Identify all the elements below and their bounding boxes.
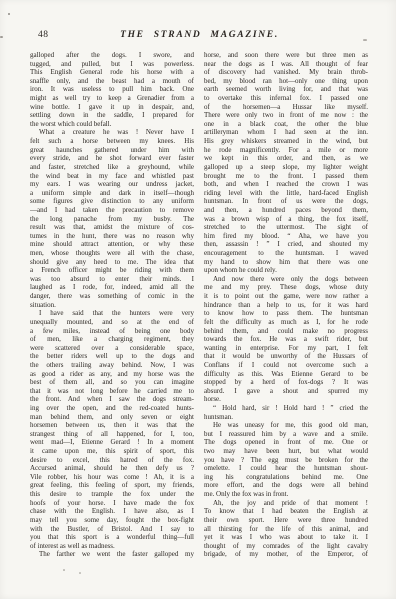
text-line: that it was not long before he carried m… [30,387,194,396]
magazine-title: THE STRAND MAGAZINE. [30,30,369,40]
paragraph: I have said that the hunters were veryun… [30,309,194,550]
paragraph: galloped after the dogs. I swore, andtug… [30,51,194,128]
right-column: horse, and soon there were but three men… [204,51,368,559]
text-line: felt such a horse between my knees. His [30,137,194,146]
text-line: upon whom he could rely. [204,266,368,275]
text-line: tugged, and pulled, but I was powerless. [30,60,194,69]
text-line: and then, a hundred paces beyond them, [204,206,368,215]
text-line: horsemen between us, then it was that th… [30,421,194,430]
text-line: but I reassured him by a wave and a smil… [204,430,368,439]
text-line: result was that, amidst the mixture of c… [30,223,194,232]
text-line: went mad—I, Etienne Gerard ! In a moment [30,438,194,447]
text-line: —and I had taken the precaution to remov… [30,206,194,215]
text-line: His grey whiskers streamed in the wind, … [204,137,368,146]
text-line: unequally mounted, and so at the end of [30,318,194,327]
text-line: difficulty as this. Was Etienne Gerard t… [204,370,368,379]
text-line: me. Only the fox was in front. [204,490,368,499]
text-line: all thirsting for the life of this anima… [204,525,368,534]
paragraph: And now there were only the dogs between… [204,275,368,404]
paragraph: What a creature he was ! Never have Ifel… [30,128,194,309]
text-line: man behind them, and only seven or eight [30,413,194,422]
text-line: two may have been hurt, but what would [204,447,368,456]
text-line: The dogs opened in front of me. One or [204,438,368,447]
text-line: horse. [204,395,368,404]
text-line: behind them, and could make no progress [204,327,368,336]
text-line: laughed as I rode, for, indeed, amid all… [30,283,194,292]
text-line: both, and when I reached the crown I was [204,180,368,189]
text-line: my ears. I was wearing our undress jacke… [30,180,194,189]
text-line: absurd. I gave a shout and spurred my [204,387,368,396]
text-line: may tell you some day, fought the box-fi… [30,516,194,525]
text-line: hoofs of your horse. I have made the fox [30,499,194,508]
text-line: riding level with the little, hard-faced… [204,189,368,198]
text-line: then, assassin ! ” I cried, and shouted … [204,240,368,249]
text-columns: galloped after the dogs. I swore, andtug… [30,51,368,559]
text-line: Ah, the joy and pride of that moment ! [204,499,368,508]
text-line: might as well try to keep a Grenadier fr… [30,94,194,103]
text-line: Conflans if I could not overcome such a [204,361,368,370]
text-line: strangest thing of all happened, for I, … [30,430,194,439]
text-line: huntsman. [204,413,368,422]
text-line: mine should attract attention, or why th… [30,240,194,249]
text-line: danger, there was something of comic in … [30,292,194,301]
text-line: To know that I had beaten the English at [204,507,368,516]
text-line: wine bottle. I gave it up in despair, an… [30,103,194,112]
text-line: bed, my blood ran hot—only one thing upo… [204,77,368,86]
text-line: more effort, and the dogs were all behin… [204,481,368,490]
text-line: was too absurd to enter their minds. I [30,275,194,284]
text-line: the worst which could befall. [30,120,194,129]
text-line: a uniform simple and dark in itself—thou… [30,189,194,198]
text-line: thought of my comrades of the light cava… [204,542,368,551]
magazine-page: 48 THE STRAND MAGAZINE. galloped after t… [0,0,396,599]
text-line: encouragement to the huntsman. I waved [204,249,368,258]
text-line: great feeling, this feeling of sport, my… [30,481,194,490]
text-line: What a creature he was ! Never have I [30,128,194,137]
text-line: should give any heed to me. The idea tha… [30,258,194,267]
text-line: and faster, stretched like a greyhound, … [30,163,194,172]
text-line: desire to excel, this hatred of the fox. [30,456,194,465]
text-line: omelette. I could hear the huntsman shou… [204,464,368,473]
scan-speck [8,13,10,15]
text-line: to know how to pass them. The huntsman [204,309,368,318]
text-line: some figures give distinction to any uni… [30,197,194,206]
text-line: the wind beat in my face and whistled pa… [30,172,194,181]
page-header: 48 THE STRAND MAGAZINE. [30,30,369,43]
paragraph: horse, and soon there were but three men… [204,51,368,275]
scan-speck [63,569,65,571]
text-line: of the horsemen—a Hussar like myself. [204,103,368,112]
text-line: horse, and soon there were but three men… [204,51,368,60]
text-line: it came upon me, this spirit of sport, t… [30,447,194,456]
text-line: the front. And when I saw the dogs strea… [30,395,194,404]
text-line: This English General rode his horse with… [30,68,194,77]
text-line: my hand to show him that there was one [204,258,368,267]
text-line: “ Hold hard, sir ! Hold hard ! ” cried t… [204,404,368,413]
text-line: of men, like a charging regiment, they [30,335,194,344]
text-line: iron. It was useless to pull him back. O… [30,85,194,94]
text-line: their own sport. Here were three hundred [204,516,368,525]
text-line: stretched to the uttermost. The sight of [204,223,368,232]
text-line: galloped after the dogs. I swore, and [30,51,194,60]
text-line: settling down in the saddle, I prepared … [30,111,194,120]
text-line: galloped up a steep slope, my lighter we… [204,163,368,172]
text-line: the others trailing away behind. Now, I … [30,361,194,370]
text-line: I have said that the hunters were very [30,309,194,318]
paragraph: He was uneasy for me, this good old man,… [204,421,368,498]
text-line: The farther we went the faster galloped … [30,550,194,559]
text-line: was a brown wisp of a thing, the fox its… [204,215,368,224]
text-line: earth seemed worth living for, and that … [204,85,368,94]
text-line: him fired my blood. “ Aha, we have you [204,232,368,241]
text-line: were scattered over a considerable space… [30,344,194,353]
paragraph: The farther we went the faster galloped … [30,550,194,559]
text-line: There were only two in front of me now :… [204,111,368,120]
text-line: artilleryman whom I had seen at the inn. [204,128,368,137]
text-line: me and my prey. These dogs, whose duty [204,283,368,292]
text-line: you have ? The egg must be broken for th… [204,456,368,465]
scan-speck [79,572,81,574]
text-line: He was uneasy for me, this good old man, [204,421,368,430]
text-line: of interest as well as madness. [30,542,194,551]
text-line: he rode magnificently. For a mile or mor… [204,146,368,155]
text-line: towards the fox. He was a swift rider, b… [204,335,368,344]
paragraph: “ Hold hard, sir ! Hold hard ! ” cried t… [204,404,368,421]
text-line: Vile robber, his hour was come ! Ah, it … [30,473,194,482]
text-line: this desire to trample the fox under the [30,490,194,499]
scan-speck [0,36,3,38]
text-line: wanting in enterprise. For my part, I fe… [204,344,368,353]
paragraph: Ah, the joy and pride of that moment !To… [204,499,368,559]
text-line: near the dogs as I was. All thought of f… [204,60,368,69]
text-line: with the Bustler, of Bristol. And I say … [30,525,194,534]
text-line: one in a black coat, the other the blue [204,120,368,129]
text-line: men, whose thoughts were all with the ch… [30,249,194,258]
left-column: galloped after the dogs. I swore, andtug… [30,51,194,559]
text-line: situation. [30,301,194,310]
text-line: yet it was I who was about to take it. I [204,533,368,542]
text-line: every stride, and he shot forward ever f… [30,154,194,163]
text-line: huntsman. In front of us were the dogs, [204,197,368,206]
text-line: ing over the open, and the red-coated hu… [30,404,194,413]
text-line: as good a rider as any, and my horse was… [30,370,194,379]
text-line: And now there were only the dogs between [204,275,368,284]
text-line: the long panache from my busby. The [30,215,194,224]
text-line: you that this sport is a wonderful thing… [30,533,194,542]
text-line: Accursed animal, should he then defy us … [30,464,194,473]
text-line: best of them all, and so you can imagine [30,378,194,387]
text-line: a few miles, instead of being one body [30,327,194,336]
text-line: we kept in this order, and then, as we [204,154,368,163]
text-line: ing his congratulations behind me. One [204,473,368,482]
text-line: a French officer might be riding with th… [30,266,194,275]
text-line: brigade, of my mother, of the Emperor, o… [204,550,368,559]
text-line: the better riders well up to the dogs an… [30,352,194,361]
text-line: to overtake this infernal fox. I passed … [204,94,368,103]
text-line: snaffle only, and the beast had a mouth … [30,77,194,86]
text-line: that it would be unworthy of the Hussars… [204,352,368,361]
text-line: great haunches gathered under him with [30,146,194,155]
text-line: felt the difficulty as much as I, for he… [204,318,368,327]
text-line: of discovery had vanished. My brain thro… [204,68,368,77]
text-line: brought me to the front. I passed them [204,172,368,181]
text-line: it is to point out the game, were now ra… [204,292,368,301]
text-line: stopped by a herd of fox-dogs ? It was [204,378,368,387]
scan-speck [363,39,367,41]
text-line: tumes in the hunt, there was no reason w… [30,232,194,241]
text-line: chase with the English. I have also, as … [30,507,194,516]
text-line: hindrance than a help to us, for it was … [204,301,368,310]
